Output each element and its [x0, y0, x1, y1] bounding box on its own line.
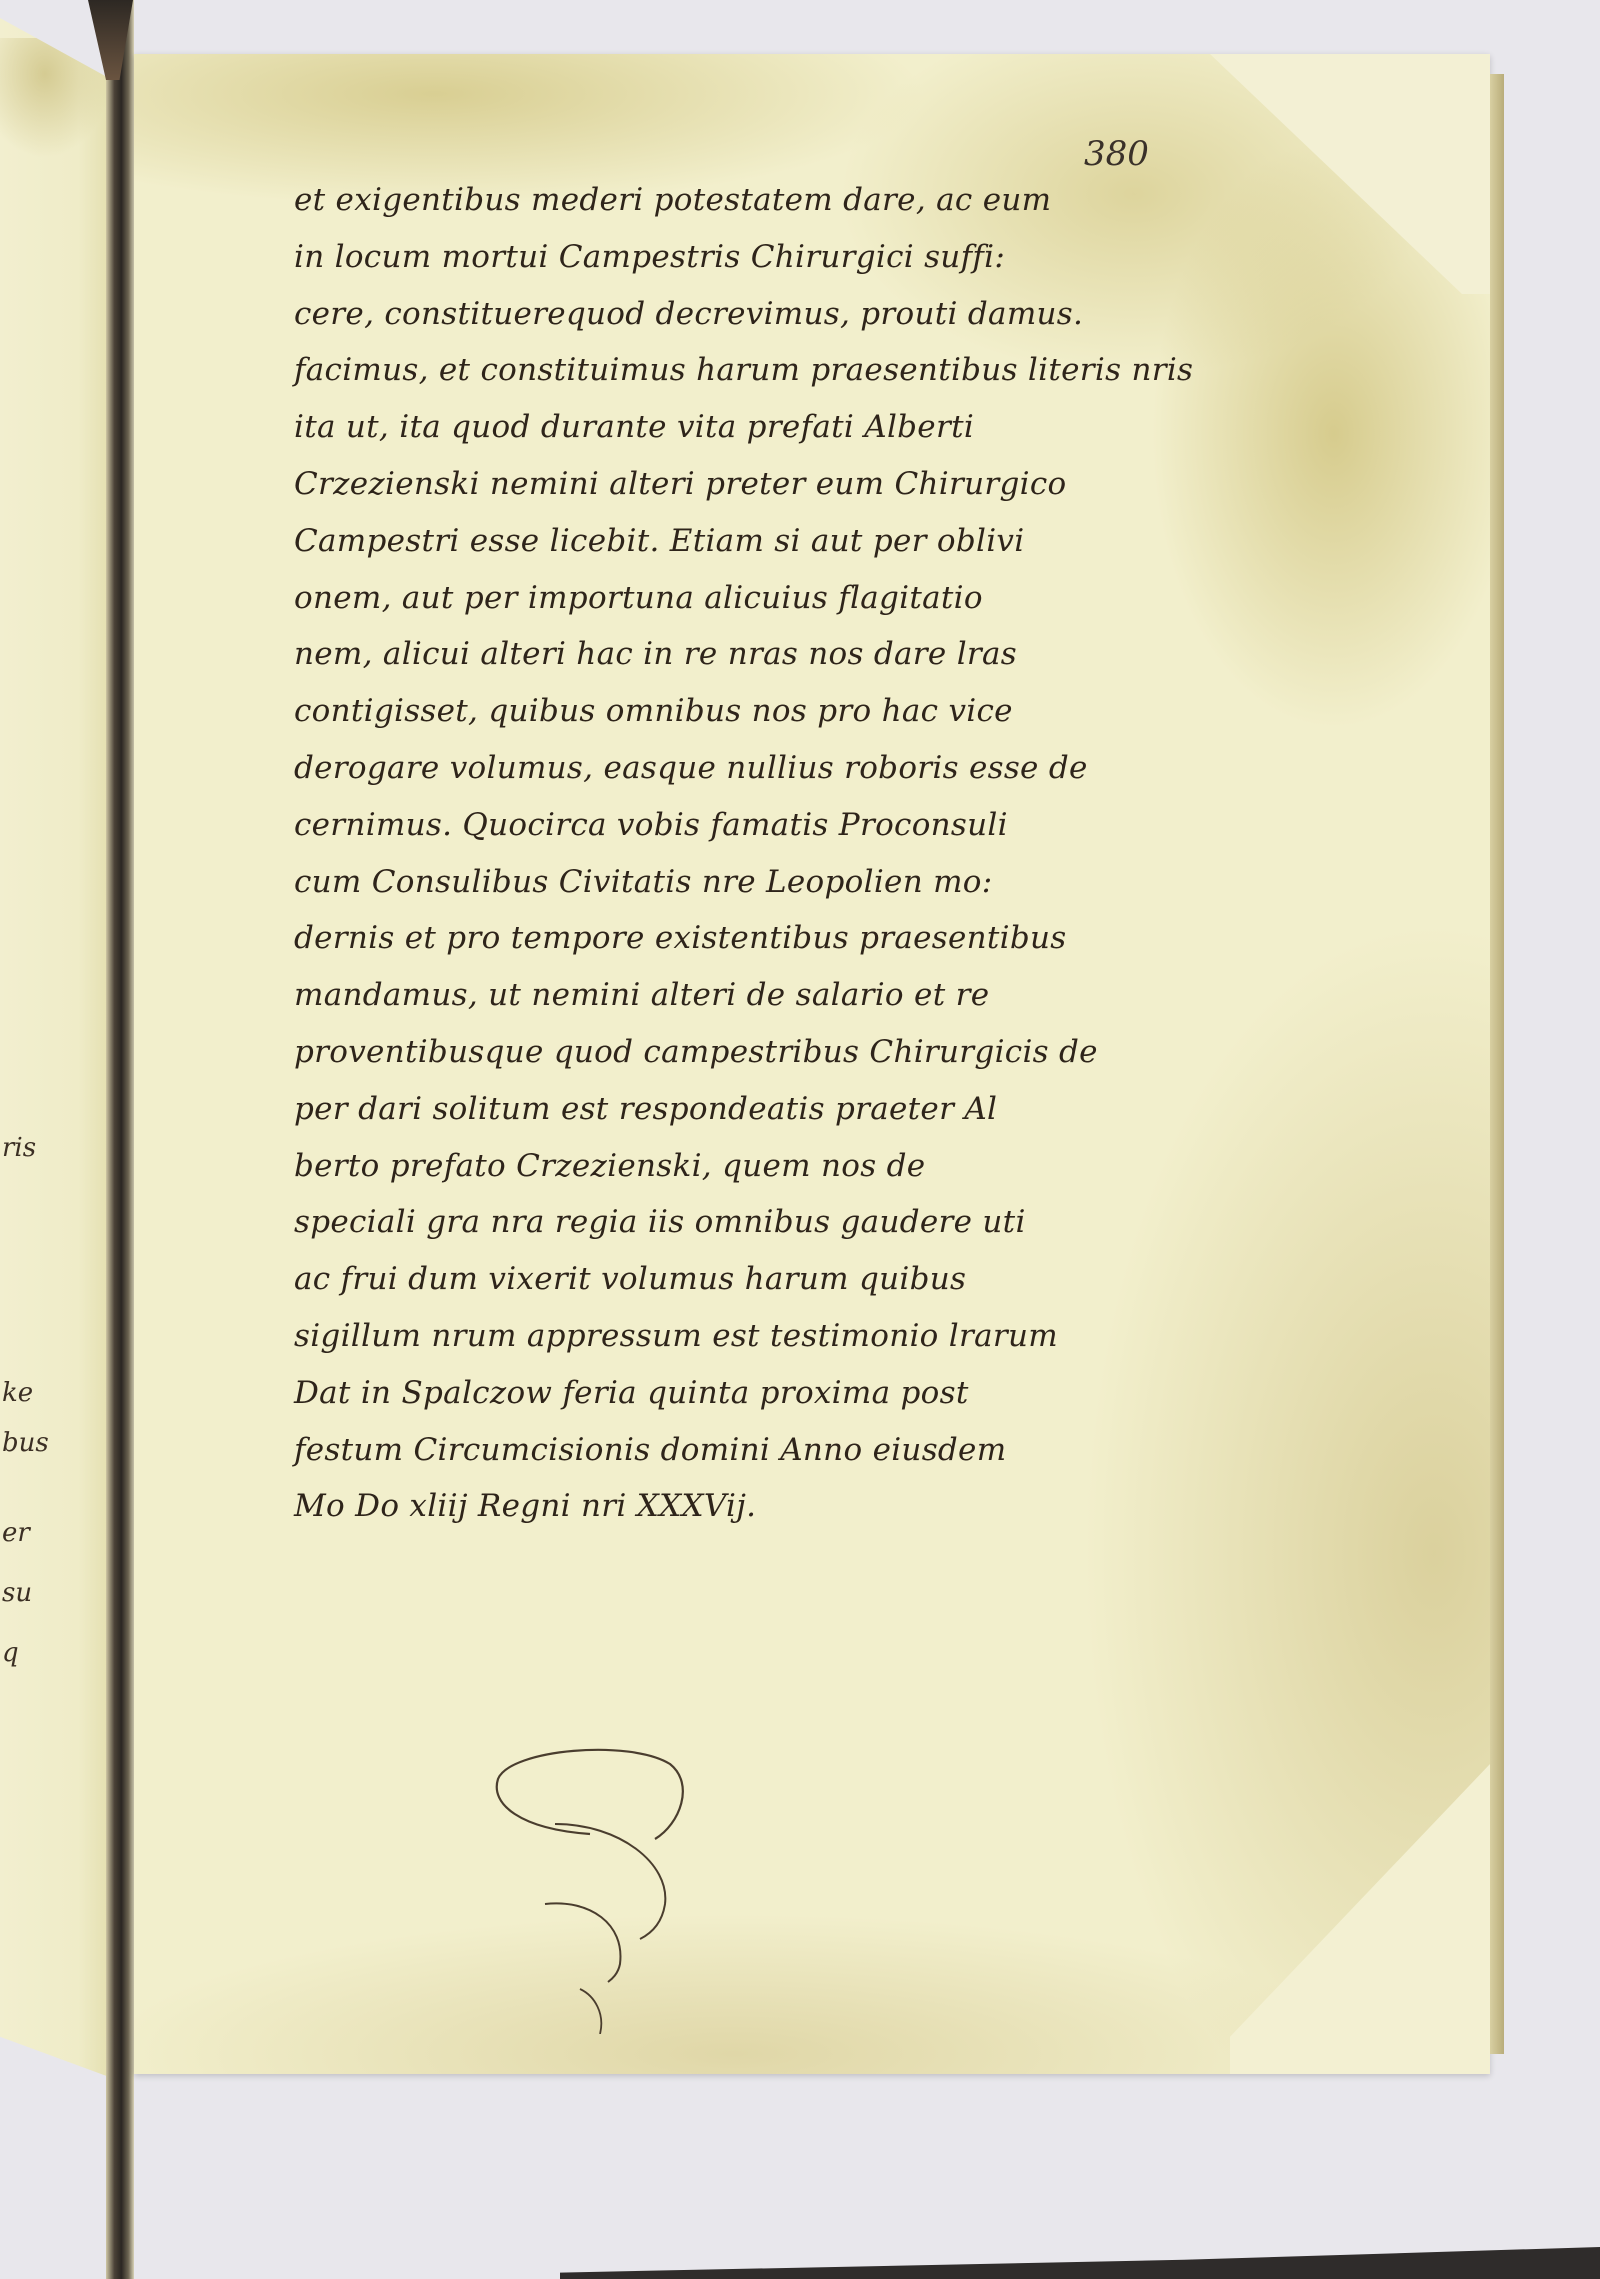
text-line: speciali gra nra regia iis omnibus gaude… [294, 1194, 1314, 1251]
left-page-fragment: su [2, 1578, 32, 1608]
text-line: ac frui dum vixerit volumus harum quibus [294, 1251, 1314, 1308]
text-line: Mo Do xliij Regni nri XXXVij. [294, 1478, 1314, 1535]
text-line: Dat in Spalczow feria quinta proxima pos… [294, 1365, 1314, 1422]
text-line: mandamus, ut nemini alteri de salario et… [294, 967, 1314, 1024]
left-page-fragment: er [2, 1518, 30, 1548]
text-line: per dari solitum est respondeatis praete… [294, 1081, 1314, 1138]
pen-flourish [480, 1734, 700, 2034]
text-line: berto prefato Crzezienski, quem nos de [294, 1138, 1314, 1195]
manuscript-text: et exigentibus mederi potestatem dare, a… [294, 172, 1314, 1535]
text-line: dernis et pro tempore existentibus praes… [294, 910, 1314, 967]
text-line: et exigentibus mederi potestatem dare, a… [294, 172, 1314, 229]
left-page-fragment: bus [2, 1428, 49, 1458]
text-line: facimus, et constituimus harum praesenti… [294, 342, 1314, 399]
book-spine [106, 0, 134, 2279]
text-line: onem, aut per importuna alicuius flagita… [294, 570, 1314, 627]
text-line: nem, alicui alteri hac in re nras nos da… [294, 626, 1314, 683]
manuscript-page: 380 et exigentibus mederi potestatem dar… [134, 54, 1490, 2074]
text-line: cum Consulibus Civitatis nre Leopolien m… [294, 854, 1314, 911]
text-line: derogare volumus, easque nullius roboris… [294, 740, 1314, 797]
left-page-fragment: ke [2, 1378, 33, 1408]
text-line: cernimus. Quocirca vobis famatis Procons… [294, 797, 1314, 854]
text-line: contigisset, quibus omnibus nos pro hac … [294, 683, 1314, 740]
text-line: Campestri esse licebit. Etiam si aut per… [294, 513, 1314, 570]
folio-number: 380 [1084, 134, 1149, 174]
text-line: proventibusque quod campestribus Chirurg… [294, 1024, 1314, 1081]
text-line: festum Circumcisionis domini Anno eiusde… [294, 1422, 1314, 1479]
text-line: Crzezienski nemini alteri preter eum Chi… [294, 456, 1314, 513]
text-line: cere, constituerequod decrevimus, prouti… [294, 286, 1314, 343]
text-line: ita ut, ita quod durante vita prefati Al… [294, 399, 1314, 456]
text-line: in locum mortui Campestris Chirurgici su… [294, 229, 1314, 286]
left-page-fragment: q [2, 1638, 19, 1668]
left-page-fragment: ris [2, 1133, 36, 1163]
page-edge [1490, 74, 1504, 2054]
left-page-verso: ris ke bus er su q [0, 18, 112, 2078]
text-line: sigillum nrum appressum est testimonio l… [294, 1308, 1314, 1365]
